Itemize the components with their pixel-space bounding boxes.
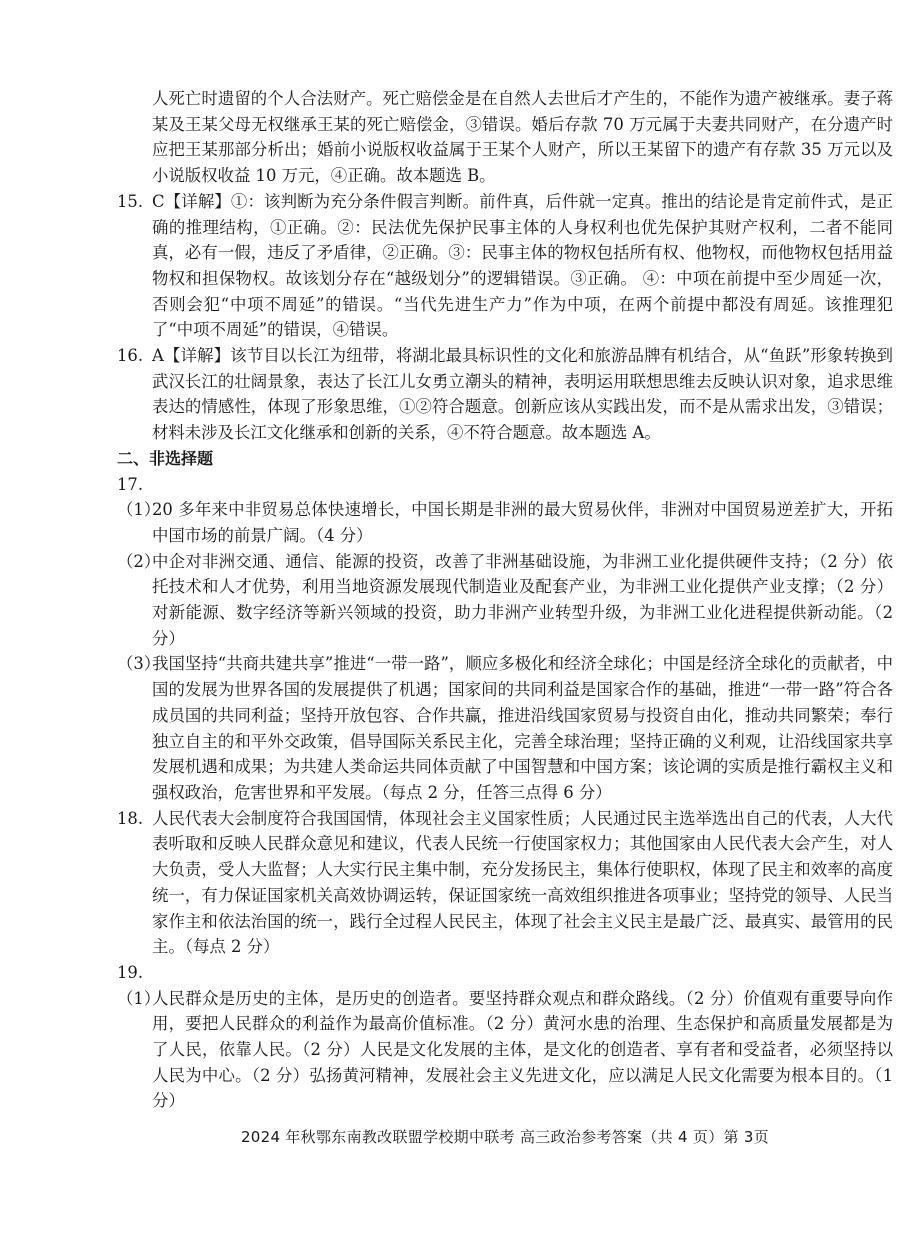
answer-key-page: 人死亡时遗留的个人合法财产。死亡赔偿金是在自然人去世后才产生的，不能作为遗产被继… bbox=[0, 0, 900, 1247]
question-19-part-1: （1） 人民群众是历史的主体，是历史的创造者。要坚持群众观点和群众路线。（2 分… bbox=[117, 986, 893, 1115]
part-text: 20 多年来中非贸易总体快速增长，中国长期是非洲的最大贸易伙伴，非洲对中国贸易逆… bbox=[152, 497, 893, 548]
question-answer-text: 人民代表大会制度符合我国国情，体现社会主义国家性质；人民通过民主选举选出自己的代… bbox=[152, 806, 893, 960]
question-number: 18. bbox=[117, 806, 143, 832]
question-16: 16. A【详解】该节目以长江为纽带，将湖北最具标识性的文化和旅游品牌有机结合，… bbox=[117, 343, 893, 446]
question-number: 15. bbox=[117, 189, 143, 215]
part-text: 我国坚持“共商共建共享”推进“一带一路”，顺应多极化和经济全球化；中国是经济全球… bbox=[152, 651, 893, 805]
question-answer-text: C【详解】①：该判断为充分条件假言判断。前件真，后件就一定真。推出的结论是肯定前… bbox=[152, 189, 893, 343]
part-label: （3） bbox=[117, 651, 160, 677]
question-19-number: 19. bbox=[117, 960, 893, 986]
question-17-part-2: （2） 中企对非洲交通、通信、能源的投资，改善了非洲基础设施，为非洲工业化提供硬… bbox=[117, 549, 893, 652]
question-18: 18. 人民代表大会制度符合我国国情，体现社会主义国家性质；人民通过民主选举选出… bbox=[117, 806, 893, 960]
question-15: 15. C【详解】①：该判断为充分条件假言判断。前件真，后件就一定真。推出的结论… bbox=[117, 189, 893, 343]
page-content: 人死亡时遗留的个人合法财产。死亡赔偿金是在自然人去世后才产生的，不能作为遗产被继… bbox=[117, 86, 893, 1114]
part-label: （1） bbox=[117, 497, 160, 523]
page-footer: 2024 年秋鄂东南教改联盟学校期中联考 高三政治参考答案（共 4 页）第 3页 bbox=[0, 1126, 900, 1147]
part-text: 中企对非洲交通、通信、能源的投资，改善了非洲基础设施，为非洲工业化提供硬件支持；… bbox=[152, 549, 893, 652]
part-text: 人民群众是历史的主体，是历史的创造者。要坚持群众观点和群众路线。（2 分）价值观… bbox=[152, 986, 893, 1115]
part-label: （2） bbox=[117, 549, 160, 575]
continuation-paragraph: 人死亡时遗留的个人合法财产。死亡赔偿金是在自然人去世后才产生的，不能作为遗产被继… bbox=[117, 86, 893, 189]
question-17-part-3: （3） 我国坚持“共商共建共享”推进“一带一路”，顺应多极化和经济全球化；中国是… bbox=[117, 651, 893, 805]
question-17-number: 17. bbox=[117, 472, 893, 498]
section-heading: 二、非选择题 bbox=[117, 446, 893, 472]
part-label: （1） bbox=[117, 986, 160, 1012]
question-number: 16. bbox=[117, 343, 143, 369]
question-answer-text: A【详解】该节目以长江为纽带，将湖北最具标识性的文化和旅游品牌有机结合，从“鱼跃… bbox=[152, 343, 893, 446]
question-17-part-1: （1） 20 多年来中非贸易总体快速增长，中国长期是非洲的最大贸易伙伴，非洲对中… bbox=[117, 497, 893, 548]
